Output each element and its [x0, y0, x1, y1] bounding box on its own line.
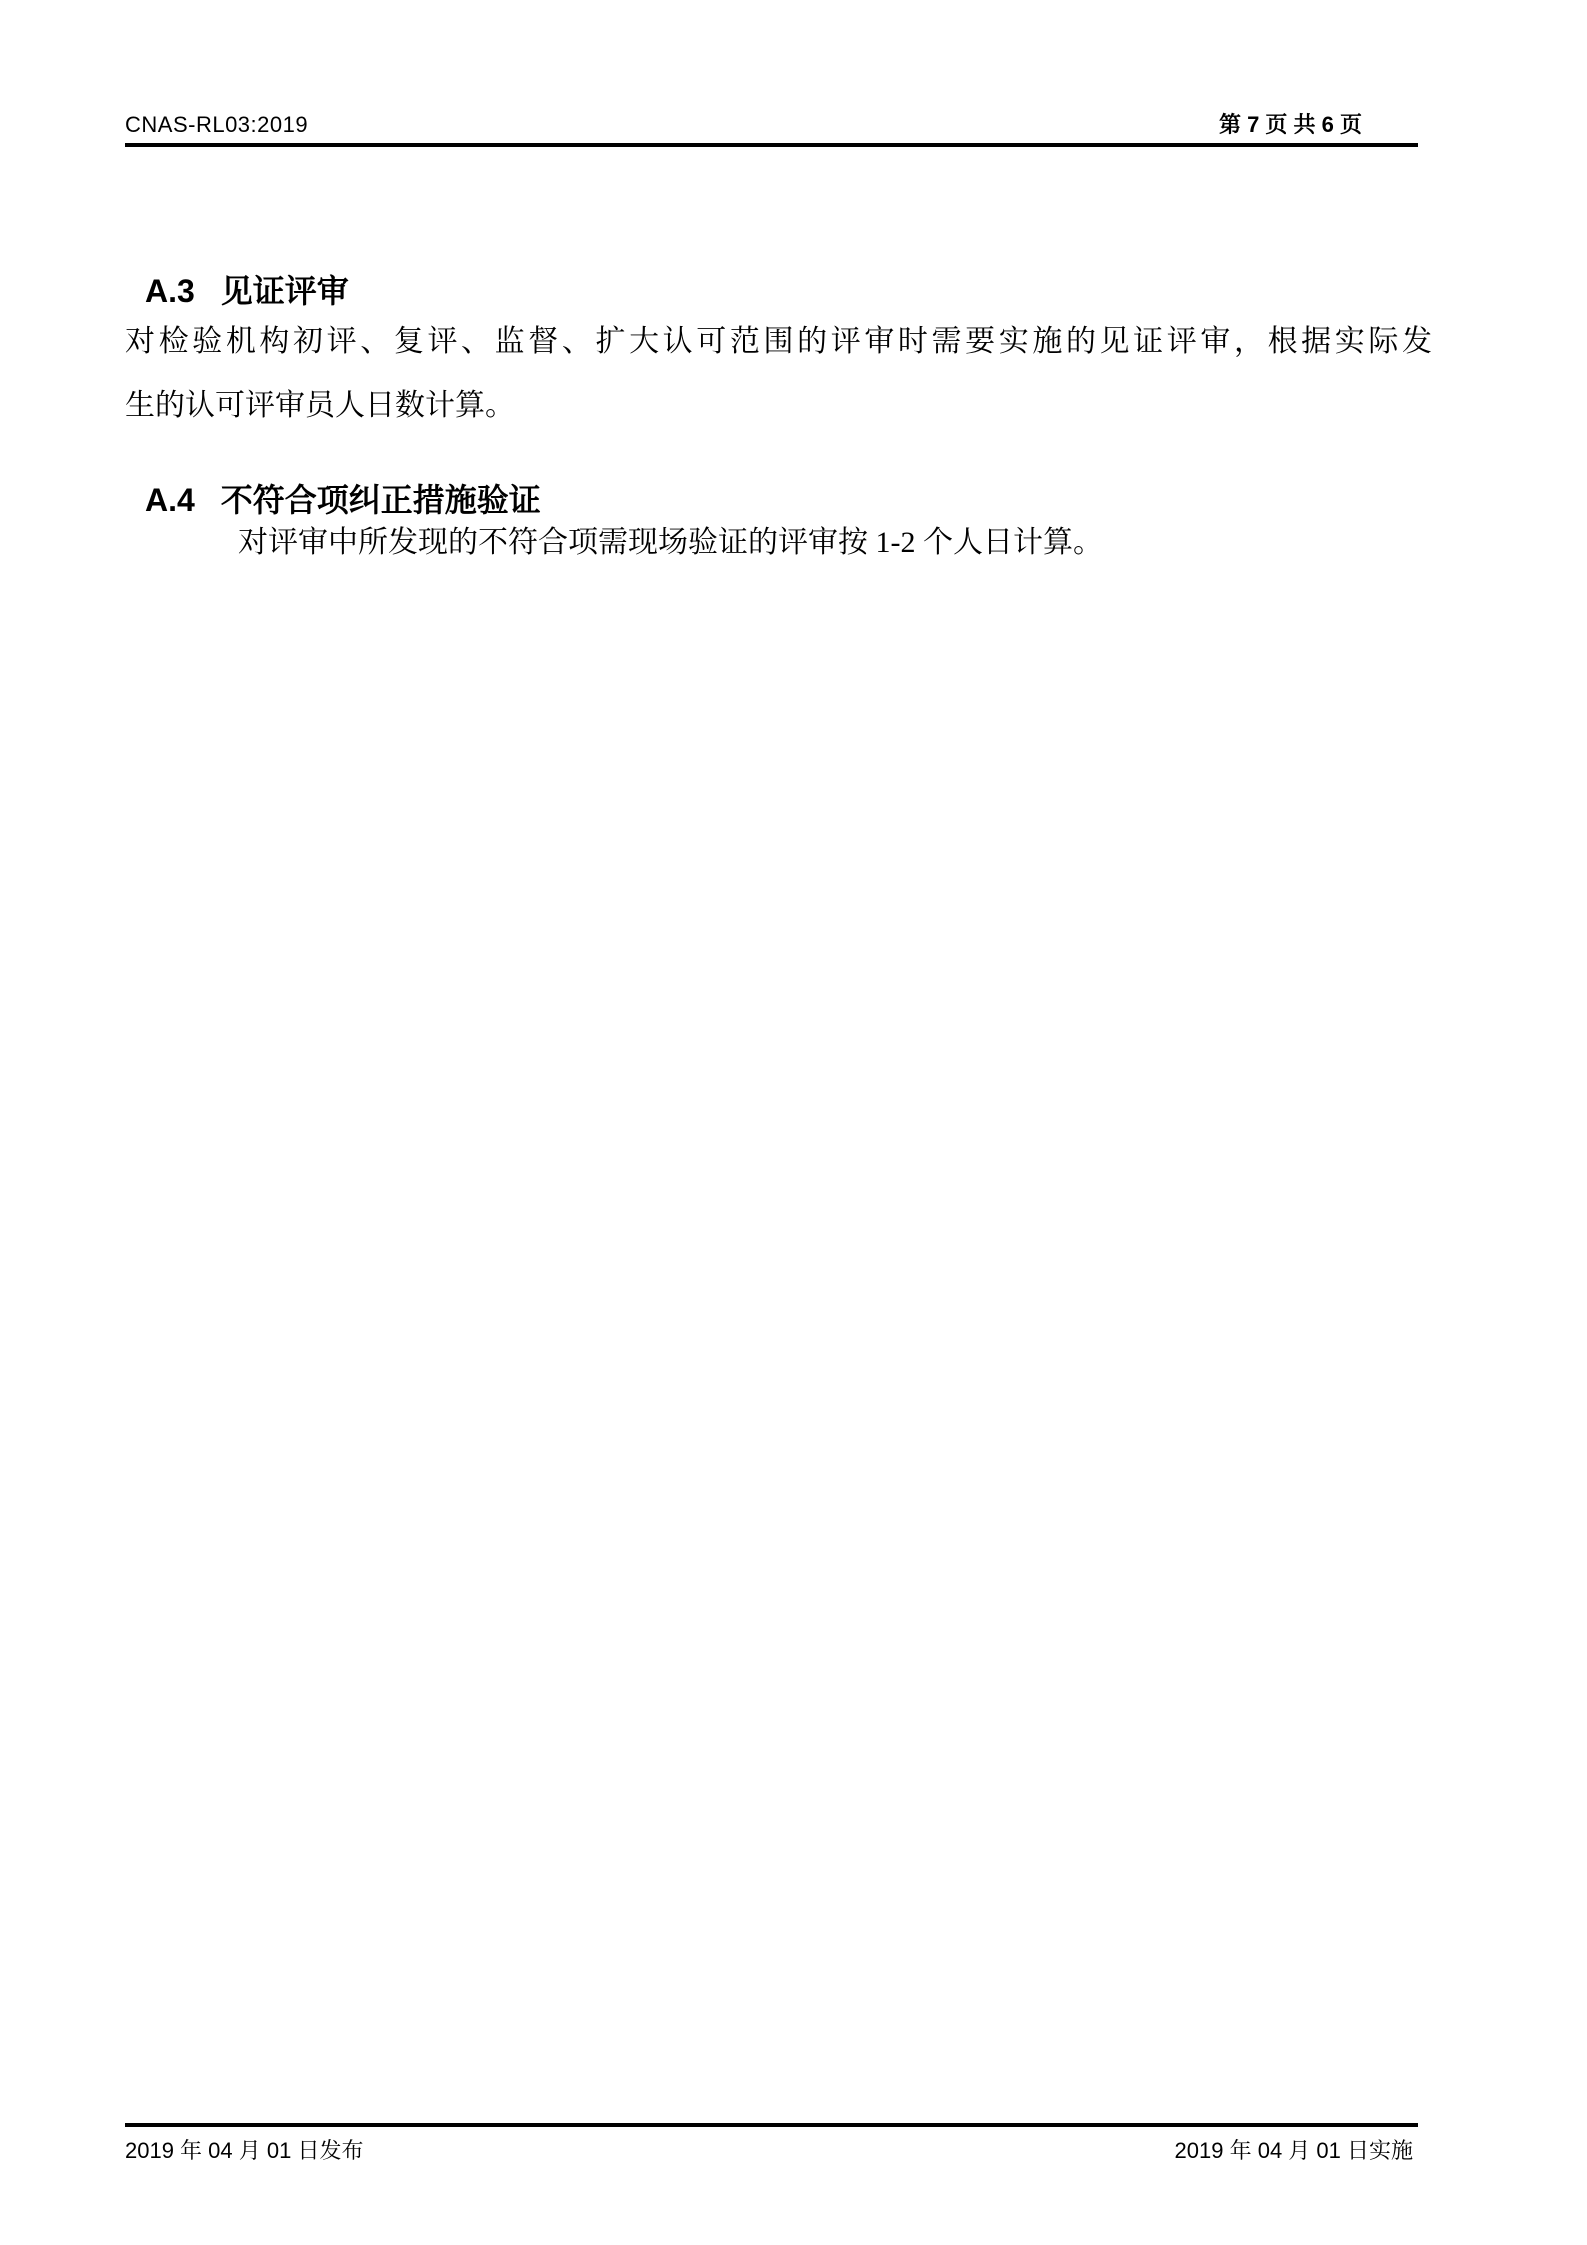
implement-date: 2019 年 04 月 01 日实施 [1175, 2134, 1418, 2165]
footer-rule [125, 2123, 1418, 2127]
release-date: 2019 年 04 月 01 日发布 [125, 2134, 363, 2165]
section-title-a4: 不符合项纠正措施验证 [221, 482, 541, 518]
section-heading-a4: A.4不符合项纠正措施验证 [145, 482, 541, 518]
section-a3-paragraph: 对检验机构初评、复评、监督、扩大认可范围的评审时需要实施的见证评审，根据实际发 … [125, 310, 1432, 438]
page-footer: 2019 年 04 月 01 日发布 2019 年 04 月 01 日实施 [125, 2117, 1418, 2165]
paragraph-line: 对评审中所发现的不符合项需现场验证的评审按 1-2 个人日计算。 [238, 523, 1432, 563]
header-row: CNAS-RL03:2019 第 7 页 共 6 页 [125, 113, 1418, 137]
page-number: 第 7 页 共 6 页 [1219, 113, 1418, 137]
section-heading-a3: A.3见证评审 [145, 273, 349, 309]
section-number-a3: A.3 [145, 273, 195, 309]
paragraph-line: 生的认可评审员人日数计算。 [125, 374, 1432, 438]
page-header: CNAS-RL03:2019 第 7 页 共 6 页 [125, 113, 1418, 147]
header-rule [125, 143, 1418, 147]
footer-row: 2019 年 04 月 01 日发布 2019 年 04 月 01 日实施 [125, 2134, 1418, 2165]
document-page: CNAS-RL03:2019 第 7 页 共 6 页 A.3见证评审 对检验机构… [0, 0, 1587, 2245]
section-a4-paragraph: 对评审中所发现的不符合项需现场验证的评审按 1-2 个人日计算。 [238, 523, 1432, 563]
section-number-a4: A.4 [145, 482, 195, 518]
paragraph-line: 对检验机构初评、复评、监督、扩大认可范围的评审时需要实施的见证评审，根据实际发 [125, 310, 1432, 374]
section-title-a3: 见证评审 [221, 273, 349, 309]
document-code: CNAS-RL03:2019 [125, 113, 308, 137]
